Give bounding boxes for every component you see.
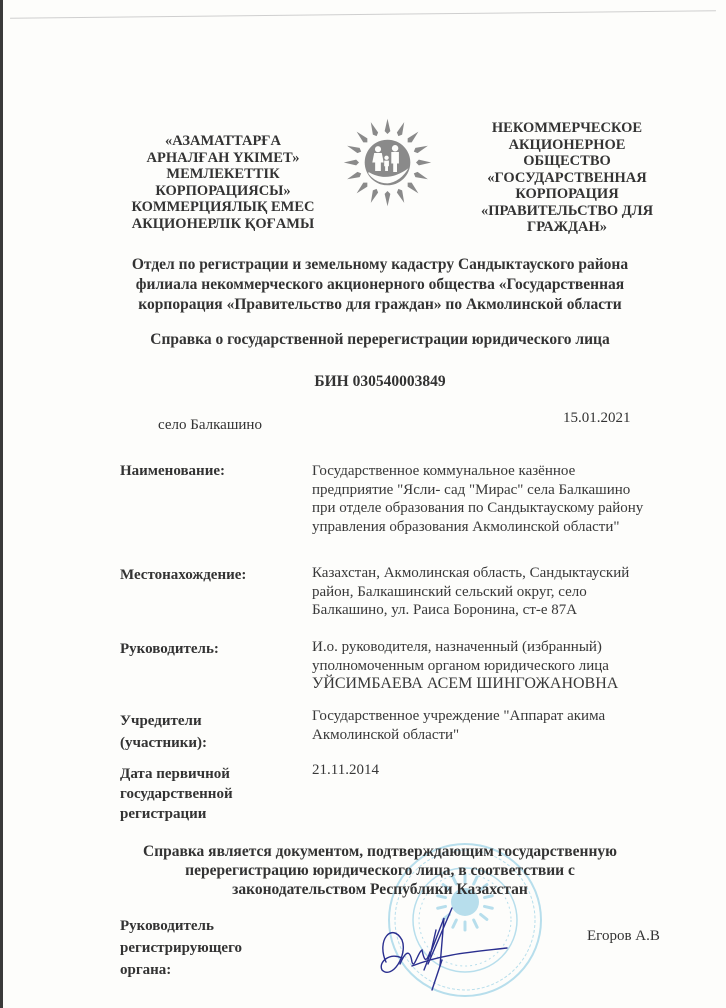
header-line: НЕКОММЕРЧЕСКОЕ	[462, 120, 672, 137]
value-line: Акмолинской области"	[312, 726, 702, 745]
value-line: Казахстан, Акмолинская область, Сандыкта…	[312, 564, 702, 583]
closing-line: перерегистрацию юридического лица, в соо…	[100, 861, 660, 880]
header-org-kz: «АЗАМАТТАРҒА АРНАЛҒАН ҮКІМЕТ» МЕМЛЕКЕТТІ…	[118, 133, 328, 232]
bin-number: БИН 030540003849	[100, 373, 660, 391]
issue-date: 15.01.2021	[563, 410, 631, 427]
field-label-name: Наименование:	[120, 462, 300, 481]
value-line: район, Балкашинский сельский округ, село	[312, 583, 702, 602]
closing-statement: Справка является документом, подтверждаю…	[100, 842, 660, 899]
signatory-name: Егоров А.В	[587, 928, 660, 945]
header-org-ru: НЕКОММЕРЧЕСКОЕ АКЦИОНЕРНОЕ ОБЩЕСТВО «ГОС…	[462, 120, 672, 236]
signatory-label: Руководитель регистрирующего органа:	[120, 915, 300, 981]
header-line: АКЦИОНЕРЛІК ҚОҒАМЫ	[118, 216, 328, 233]
header-line: ГРАЖДАН»	[462, 219, 672, 236]
field-label-first-registration: Дата первичной государственной регистрац…	[120, 764, 300, 824]
value-line: Государственное коммунальное казённое	[312, 462, 702, 481]
field-label-founders: Учредители (участники):	[120, 710, 300, 754]
header-line: «АЗАМАТТАРҒА	[118, 133, 328, 150]
value-line: 21.11.2014	[312, 761, 702, 780]
department-line: корпорация «Правительство для граждан» п…	[100, 295, 660, 315]
label-line: (участники):	[120, 732, 300, 754]
header-line: МЕМЛЕКЕТТІК	[118, 166, 328, 183]
header-line: АКЦИОНЕРНОЕ	[462, 137, 672, 154]
label-line: регистрации	[120, 804, 300, 824]
label-line: Руководитель:	[120, 640, 300, 659]
label-line: Наименование:	[120, 462, 300, 481]
department-line: филиала некоммерческого акционерного общ…	[100, 275, 660, 295]
value-line: при отделе образования по Сандыктаускому…	[312, 499, 702, 518]
scan-edge	[0, 0, 3, 1008]
header-line: КОРПОРАЦИЯ	[462, 186, 672, 203]
value-line: управления образования Акмолинской облас…	[312, 518, 702, 537]
label-line: регистрирующего	[120, 937, 300, 959]
handwritten-signature-icon	[372, 900, 512, 1000]
field-label-location: Местонахождение:	[120, 566, 300, 585]
department-heading: Отдел по регистрации и земельному кадаст…	[100, 255, 660, 315]
field-value-founders: Государственное учреждение "Аппарат аким…	[312, 707, 702, 744]
field-value-head: И.о. руководителя, назначенный (избранны…	[312, 638, 702, 694]
value-line: уполномоченным органом юридического лица	[312, 657, 702, 676]
label-line: Учредители	[120, 710, 300, 732]
sun-family-hand-logo-icon	[340, 115, 435, 210]
value-line: Балкашино, ул. Раиса Боронина, ст-е 87А	[312, 601, 702, 620]
closing-line: законодательством Республики Казахстан	[100, 880, 660, 899]
header-line: КОММЕРЦИЯЛЫҚ ЕМЕС	[118, 199, 328, 216]
label-line: Дата первичной	[120, 764, 300, 784]
header-line: «ПРАВИТЕЛЬСТВО ДЛЯ	[462, 203, 672, 220]
header-line: ОБЩЕСТВО	[462, 153, 672, 170]
label-line: органа:	[120, 959, 300, 981]
header-line: КОРПОРАЦИЯСЫ»	[118, 183, 328, 200]
department-line: Отдел по регистрации и земельному кадаст…	[100, 255, 660, 275]
field-value-location: Казахстан, Акмолинская область, Сандыкта…	[312, 564, 702, 620]
field-value-first-registration: 21.11.2014	[312, 761, 702, 780]
field-label-head: Руководитель:	[120, 640, 300, 659]
label-line: Местонахождение:	[120, 566, 300, 585]
value-line: И.о. руководителя, назначенный (избранны…	[312, 638, 702, 657]
value-line: Государственное учреждение "Аппарат аким…	[312, 707, 702, 726]
field-value-name: Государственное коммунальное казённое пр…	[312, 462, 702, 536]
header-line: АРНАЛҒАН ҮКІМЕТ»	[118, 150, 328, 167]
header-line: «ГОСУДАРСТВЕННАЯ	[462, 170, 672, 187]
value-line: УЙСИМБАЕВА АСЕМ ШИНГОЖАНОВНА	[312, 675, 702, 694]
document-title: Справка о государственной перерегистраци…	[100, 331, 660, 349]
label-line: государственной	[120, 784, 300, 804]
value-line: предприятие "Ясли- сад "Мирас" села Балк…	[312, 481, 702, 500]
label-line: Руководитель	[120, 915, 300, 937]
closing-line: Справка является документом, подтверждаю…	[100, 842, 660, 861]
issue-place: село Балкашино	[158, 417, 262, 434]
scan-edge-top	[10, 10, 716, 18]
